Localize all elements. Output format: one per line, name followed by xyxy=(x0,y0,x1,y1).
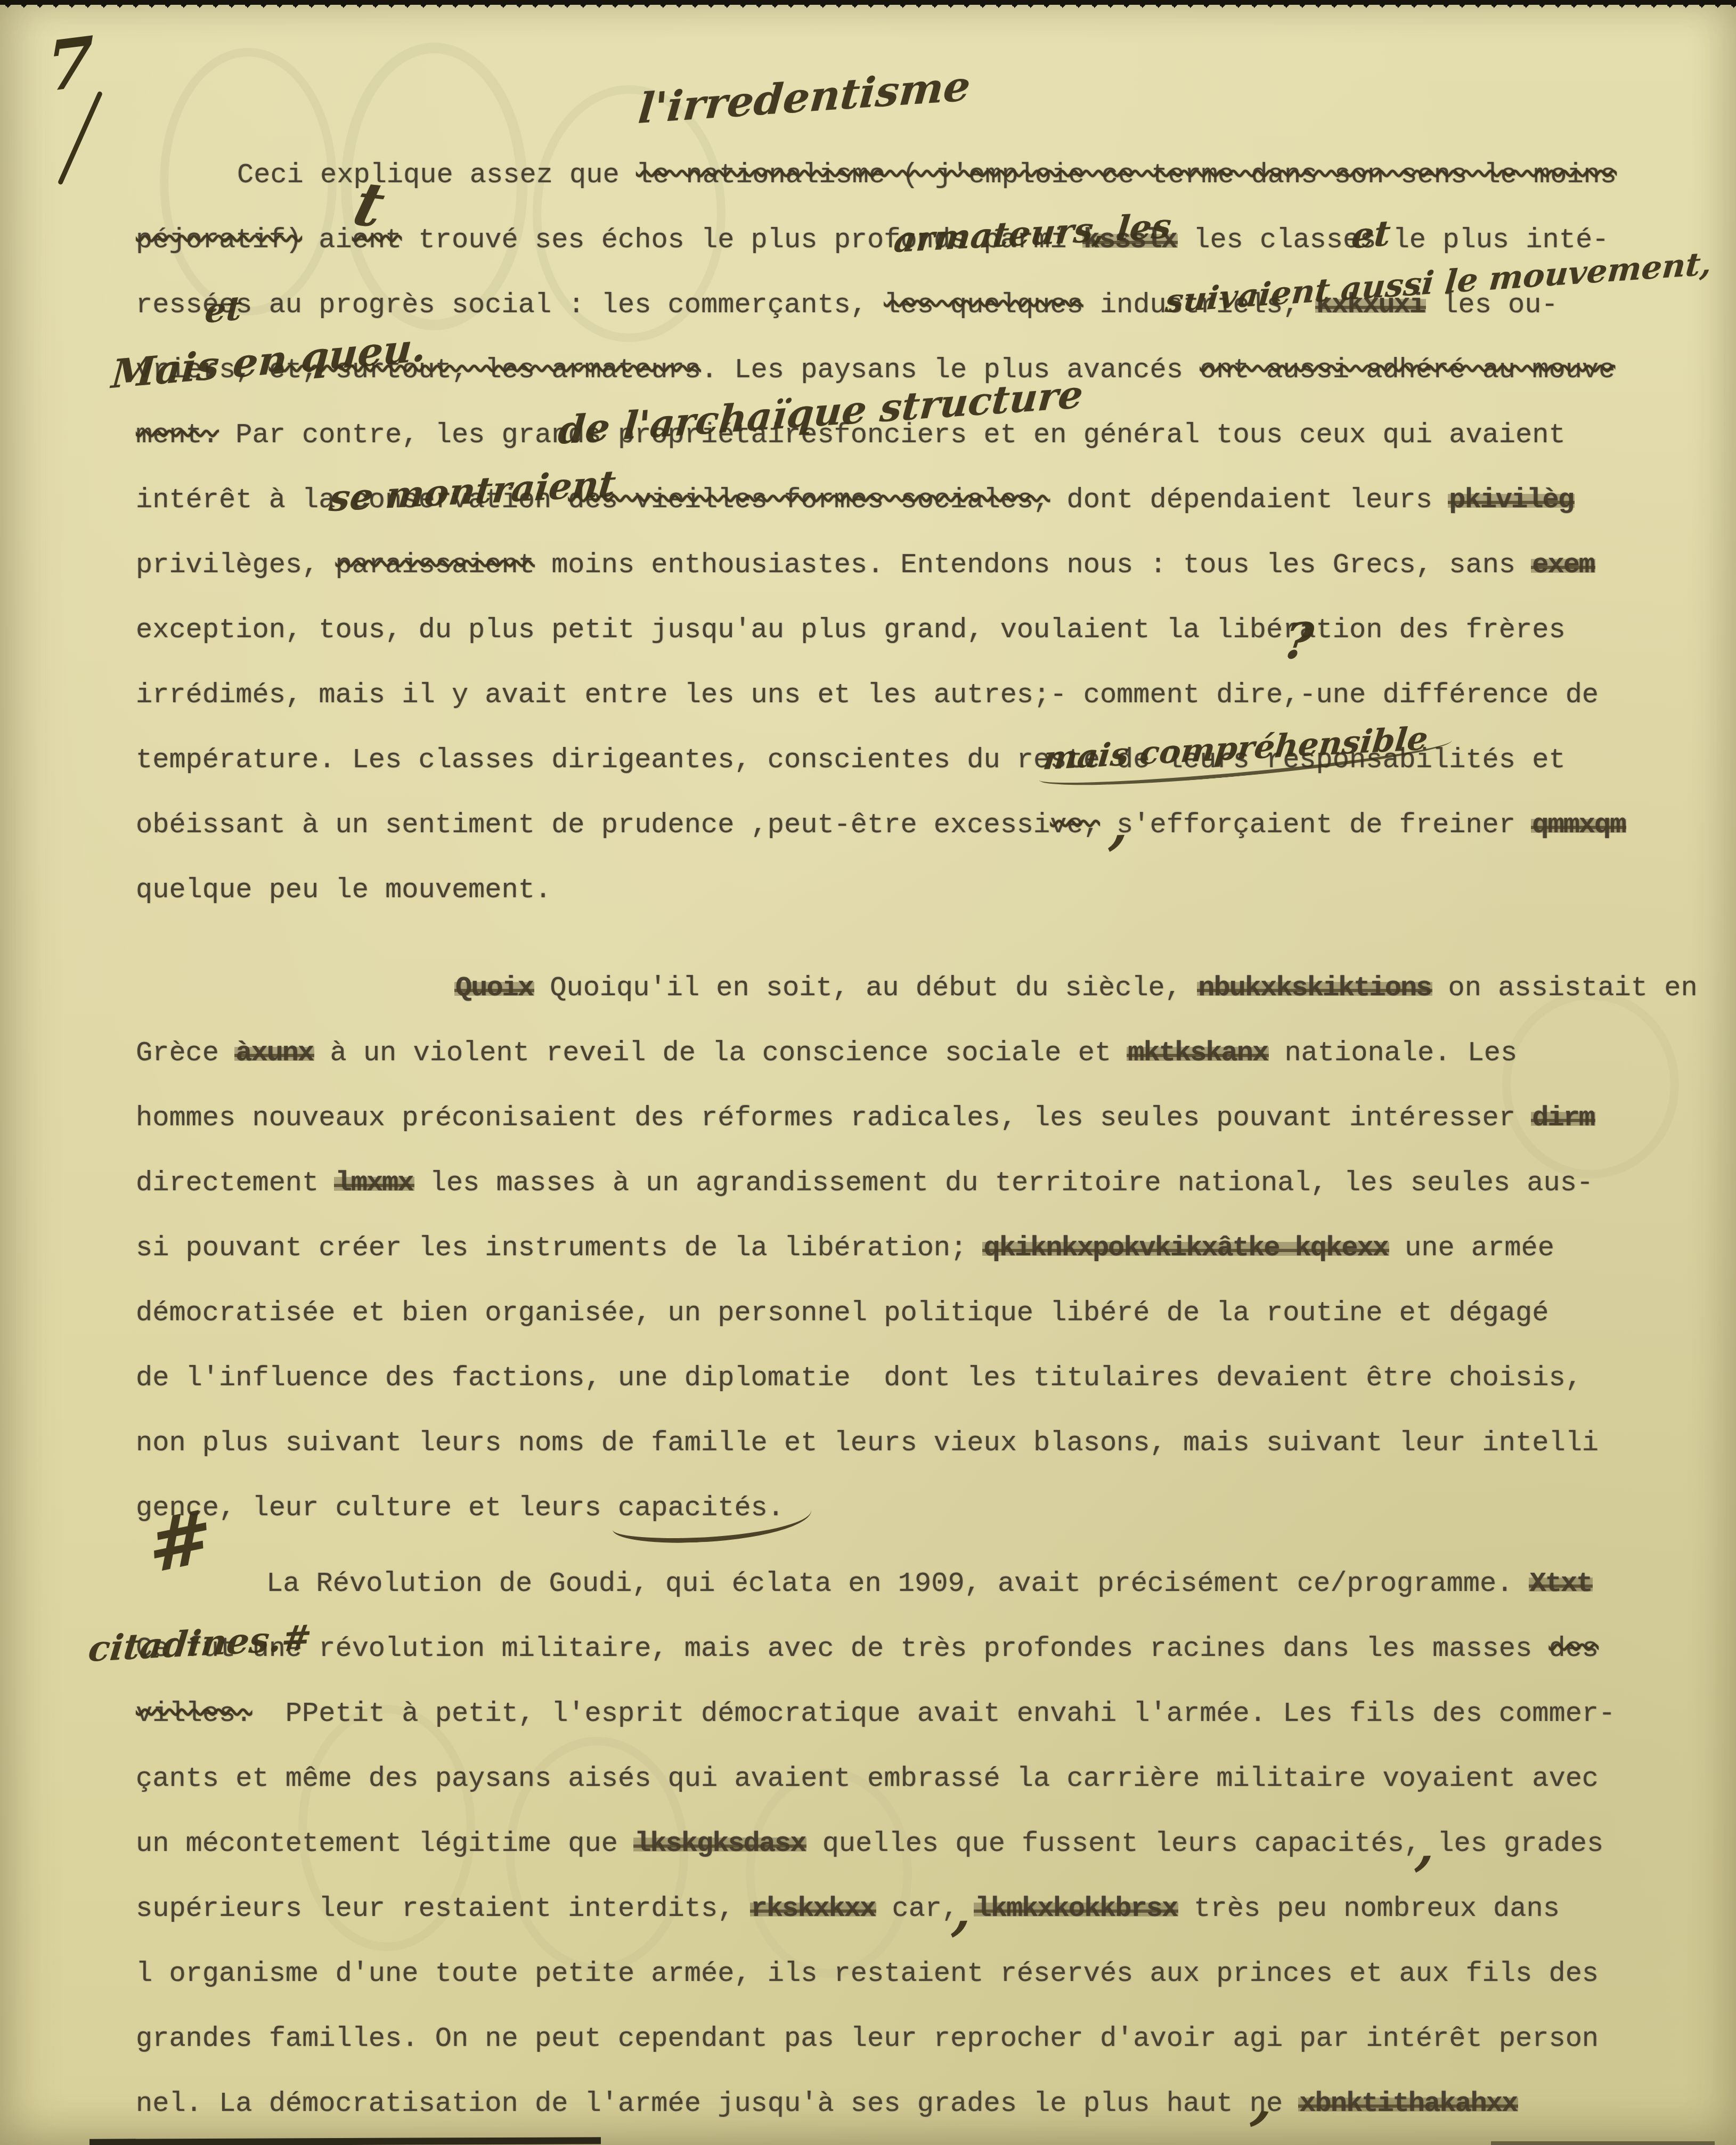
typed-line: çants et même des paysans aisés qui avai… xyxy=(136,1746,1704,1811)
overtyped-struck-text: rkskxkxx xyxy=(751,1893,876,1924)
photo-edge-artifact xyxy=(1491,2141,1715,2145)
typed-text: hommes nouveaux préconisaient des réform… xyxy=(136,1102,1532,1134)
typed-text: si pouvant créer les instruments de la l… xyxy=(136,1232,983,1264)
handwritten-annotation: et xyxy=(204,291,242,328)
handwritten-annotation: , xyxy=(1108,800,1132,851)
handwritten-annotation: # xyxy=(147,1499,214,1585)
typed-text: Ce fut une révolution militaire, mais av… xyxy=(136,1633,1548,1664)
typewritten-text-block: Ceci explique assez que le nationalisme … xyxy=(136,143,1704,2136)
typed-text: quelque peu le mouvement. xyxy=(136,874,551,906)
typed-text: s'efforçaient de freiner xyxy=(1100,809,1532,841)
typed-text: supérieurs leur restaient interdits, xyxy=(136,1893,751,1924)
typed-line: irrédimés, mais il y avait entre les uns… xyxy=(136,663,1704,728)
page-number: 7 xyxy=(47,25,94,104)
typed-text: les classes le plus inté- xyxy=(1177,224,1609,256)
typed-text: moins enthousiastes. Entendons nous : to… xyxy=(535,549,1532,581)
pen-struck-text: ment. xyxy=(136,419,219,451)
typed-text: de l'influence des factions, une diploma… xyxy=(136,1362,1582,1394)
typed-text: les masses à un agrandissement du territ… xyxy=(413,1167,1594,1199)
pen-struck-text: des vieilles formes sociales, xyxy=(568,484,1050,516)
typed-text: à un violent reveil de la conscience soc… xyxy=(313,1037,1128,1069)
typed-line: hommes nouveaux préconisaient des réform… xyxy=(136,1086,1704,1151)
typed-text: non plus suivant leurs noms de famille e… xyxy=(136,1427,1599,1459)
page-number-digit: 7 xyxy=(46,21,95,108)
handwritten-annotation: ? xyxy=(1281,616,1316,666)
typed-line: exception, tous, du plus petit jusqu'au … xyxy=(136,598,1704,663)
overtyped-struck-text: mktkskanx xyxy=(1128,1037,1268,1069)
typed-text: quelles que fussent leurs capacités, les… xyxy=(805,1828,1603,1859)
pen-struck-text: paraissaient xyxy=(335,549,534,581)
typed-text: PPetit à petit, l'esprit démocratique av… xyxy=(252,1698,1615,1729)
typed-text: çants et même des paysans aisés qui avai… xyxy=(136,1763,1599,1794)
overtyped-struck-text: lkmkxkokkbrsx xyxy=(975,1893,1177,1924)
typed-text: on assistait en xyxy=(1431,972,1697,1004)
pen-struck-text: ve, xyxy=(1050,809,1100,841)
typed-line: si pouvant créer les instruments de la l… xyxy=(136,1216,1704,1281)
pen-struck-text: villes. xyxy=(136,1698,252,1729)
typed-text: ai xyxy=(302,224,352,256)
overtyped-struck-text: àxunx xyxy=(235,1037,313,1069)
overtyped-struck-text: qkiknkxpokvkikxâtke kqkexx xyxy=(983,1232,1388,1264)
photo-edge-artifact xyxy=(89,2137,601,2145)
pen-struck-text: des xyxy=(1548,1633,1599,1664)
handwritten-annotation: et xyxy=(1350,215,1392,254)
typed-text: très peu nombreux dans xyxy=(1177,1893,1560,1924)
typed-line: Grèce àxunx à un violent reveil de la co… xyxy=(136,1021,1704,1086)
overtyped-struck-text: Quoix xyxy=(455,972,533,1004)
typed-text: privilèges, xyxy=(136,549,335,581)
handwritten-annotation: citadines.# xyxy=(87,1620,313,1667)
typed-line: non plus suivant leurs noms de famille e… xyxy=(136,1411,1704,1476)
typed-line: villes. PPetit à petit, l'esprit démocra… xyxy=(136,1681,1704,1746)
typed-line: obéissant à un sentiment de prudence ,pe… xyxy=(136,793,1704,858)
typed-line: Ce fut une révolution militaire, mais av… xyxy=(136,1616,1704,1681)
handwritten-annotation: l'irredentisme xyxy=(637,66,972,130)
typed-text: un mécontetement légitime que xyxy=(136,1828,634,1859)
typed-text: exception, tous, du plus petit jusqu'au … xyxy=(136,614,1566,646)
typed-line: La Révolution de Goudi, qui éclata en 19… xyxy=(136,1551,1704,1616)
overtyped-struck-text: Xtxt xyxy=(1530,1568,1592,1599)
overtyped-struck-text: exem xyxy=(1532,549,1594,581)
typed-line: un mécontetement légitime que lkskgksdas… xyxy=(136,1811,1704,1876)
overtyped-struck-text: pkivilèg xyxy=(1449,484,1574,516)
typed-line: démocratisée et bien organisée, un perso… xyxy=(136,1281,1704,1346)
overtyped-struck-text: nbukxkskiktions xyxy=(1198,972,1431,1004)
typed-text: Grèce xyxy=(136,1037,235,1069)
typed-line: de l'influence des factions, une diploma… xyxy=(136,1346,1704,1411)
typed-line: directement lmxmx les masses à un agrand… xyxy=(136,1151,1704,1216)
typed-text: Quoiqu'il en soit, au début du siècle, xyxy=(533,972,1198,1004)
typed-line: température. Les classes dirigeantes, co… xyxy=(136,728,1704,793)
overtyped-struck-text: lkskgksdasx xyxy=(634,1828,805,1859)
pen-struck-text: péjoratif) xyxy=(136,224,302,256)
typed-text: l organisme d'une toute petite armée, il… xyxy=(136,1958,1599,1989)
typed-line: supérieurs leur restaient interdits, rks… xyxy=(136,1876,1704,1941)
overtyped-struck-text: qmmxqm xyxy=(1532,809,1625,841)
overtyped-struck-text: lmxmx xyxy=(335,1167,413,1199)
typed-text: démocratisée et bien organisée, un perso… xyxy=(136,1297,1548,1329)
typed-line: nel. La démocratisation de l'armée jusqu… xyxy=(136,2071,1704,2136)
typed-text: dont dépendaient leurs xyxy=(1050,484,1449,516)
typed-line: quelque peu le mouvement. xyxy=(136,858,1704,923)
pen-struck-text: ont aussi adhéré au mouve xyxy=(1200,354,1615,386)
pen-struck-text: le nationalisme ( j'emploie ce terme dan… xyxy=(636,159,1617,191)
typed-text: obéissant à un sentiment de prudence ,pe… xyxy=(136,809,1050,841)
typed-text: nationale. Les xyxy=(1268,1037,1517,1069)
typed-text: grandes familles. On ne peut cependant p… xyxy=(136,2023,1599,2054)
typed-line: Quoix Quoiqu'il en soit, au début du siè… xyxy=(136,956,1704,1021)
typed-text: La Révolution de Goudi, qui éclata en 19… xyxy=(266,1568,1530,1599)
typed-text: une armée xyxy=(1388,1232,1554,1264)
typed-line: l organisme d'une toute petite armée, il… xyxy=(136,1941,1704,2006)
typed-text: irrédimés, mais il y avait entre les uns… xyxy=(136,679,1599,711)
typed-text: ressées au progrès social : les commerça… xyxy=(136,289,884,321)
torn-paper-edge xyxy=(0,0,1736,16)
typescript-page: 7 Ceci explique assez que le nationalism… xyxy=(0,0,1736,2145)
typed-line: gence, leur culture et leurs capacités.# xyxy=(136,1476,1704,1541)
typed-text: Ceci explique assez que xyxy=(237,159,636,191)
hand-underlined-text: capacités. xyxy=(618,1492,784,1524)
typed-line: grandes familles. On ne peut cependant p… xyxy=(136,2006,1704,2071)
pen-struck-text: les quelques xyxy=(884,289,1083,321)
overtyped-struck-text: xbnktithakahxx xyxy=(1299,2088,1517,2119)
overtyped-struck-text: dirm xyxy=(1532,1102,1594,1134)
typed-text: directement xyxy=(136,1167,335,1199)
typed-line: privilèges, paraissaient moins enthousia… xyxy=(136,533,1704,598)
typed-text: nel. La démocratisation de l'armée jusqu… xyxy=(136,2088,1299,2119)
